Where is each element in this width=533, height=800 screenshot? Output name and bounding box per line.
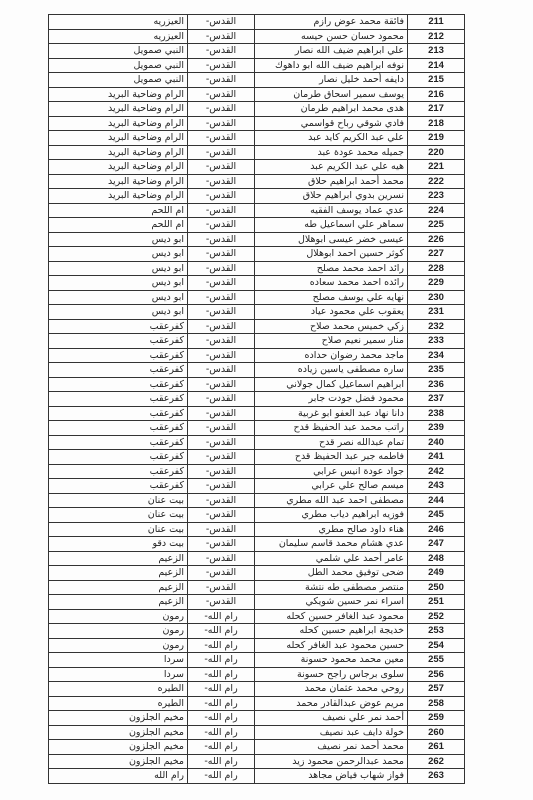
city-cell: القدس- bbox=[188, 160, 255, 175]
location-cell: ابو ديس bbox=[49, 276, 188, 291]
person-name: جواد عودة انيس عرابي bbox=[255, 464, 408, 479]
row-number: 216 bbox=[408, 87, 465, 102]
location-cell: الرام وضاحية البريد bbox=[49, 116, 188, 131]
location-cell: كفرعقب bbox=[49, 464, 188, 479]
city-cell: رام الله- bbox=[188, 696, 255, 711]
row-number: 228 bbox=[408, 261, 465, 276]
table-row: 246هناء داود صالح مطريالقدس-بيت عنان bbox=[49, 522, 465, 537]
city-cell: القدس- bbox=[188, 319, 255, 334]
city-cell: القدس- bbox=[188, 595, 255, 610]
person-name: فواز شهاب فياض مجاهد bbox=[255, 769, 408, 784]
location-cell: الرام وضاحية البريد bbox=[49, 131, 188, 146]
city-cell: القدس- bbox=[188, 102, 255, 117]
person-name: محمود حسان حسن حيسه bbox=[255, 29, 408, 44]
table-row: 224عدي عماد يوسف الفقيهالقدس-ام اللحم bbox=[49, 203, 465, 218]
row-number: 252 bbox=[408, 609, 465, 624]
location-cell: ابو ديس bbox=[49, 290, 188, 305]
table-row: 251اسراء نمر حسين شويكيالقدس-الزعيم bbox=[49, 595, 465, 610]
table-row: 249ضحى توفيق محمد الطلالقدس-الزعيم bbox=[49, 566, 465, 581]
person-name: حسين محمود عبد الغافر كحله bbox=[255, 638, 408, 653]
location-cell: ابو ديس bbox=[49, 247, 188, 262]
location-cell: الرام وضاحية البريد bbox=[49, 160, 188, 175]
city-cell: القدس- bbox=[188, 290, 255, 305]
row-number: 256 bbox=[408, 667, 465, 682]
location-cell: العيزريه bbox=[49, 15, 188, 30]
person-name: زكي خميس محمد صلاح bbox=[255, 319, 408, 334]
row-number: 217 bbox=[408, 102, 465, 117]
table-row: 252محمود عبد الغافر حسين كحلهرام الله-رم… bbox=[49, 609, 465, 624]
location-cell: رام الله bbox=[49, 769, 188, 784]
city-cell: القدس- bbox=[188, 131, 255, 146]
person-name: أحمد نمر علي نصيف bbox=[255, 711, 408, 726]
city-cell: القدس- bbox=[188, 450, 255, 465]
person-name: دانا نهاد عبد العفو ابو غربية bbox=[255, 406, 408, 421]
table-row: 217هدى محمد ابراهيم طرمانالقدس-الرام وضا… bbox=[49, 102, 465, 117]
table-row: 212محمود حسان حسن حيسهالقدس-العيزريه bbox=[49, 29, 465, 44]
city-cell: القدس- bbox=[188, 508, 255, 523]
row-number: 250 bbox=[408, 580, 465, 595]
row-number: 261 bbox=[408, 740, 465, 755]
location-cell: كفرعقب bbox=[49, 421, 188, 436]
person-name: نسرين بدوي ابراهيم حلاق bbox=[255, 189, 408, 204]
location-cell: بيت عنان bbox=[49, 522, 188, 537]
city-cell: القدس- bbox=[188, 247, 255, 262]
person-name: فوزيه ابراهيم دياب مطري bbox=[255, 508, 408, 523]
city-cell: رام الله- bbox=[188, 609, 255, 624]
person-name: مريم عوض عبدالقادر محمد bbox=[255, 696, 408, 711]
table-row: 248عامر أحمد علي شلميالقدس-الزعيم bbox=[49, 551, 465, 566]
location-cell: كفرعقب bbox=[49, 392, 188, 407]
row-number: 233 bbox=[408, 334, 465, 349]
location-cell: ابو ديس bbox=[49, 232, 188, 247]
row-number: 237 bbox=[408, 392, 465, 407]
table-row: 219علي عبد الكريم كايد عبدالقدس-الرام وض… bbox=[49, 131, 465, 146]
row-number: 232 bbox=[408, 319, 465, 334]
table-row: 213علي ابراهيم ضيف الله نصارالقدس-النبي … bbox=[49, 44, 465, 59]
location-cell: كفرعقب bbox=[49, 334, 188, 349]
person-name: علي ابراهيم ضيف الله نصار bbox=[255, 44, 408, 59]
location-cell: النبي صمويل bbox=[49, 44, 188, 59]
row-number: 226 bbox=[408, 232, 465, 247]
person-name: هدى محمد ابراهيم طرمان bbox=[255, 102, 408, 117]
person-name: محمد أحمد نمر نصيف bbox=[255, 740, 408, 755]
location-cell: ام اللحم bbox=[49, 203, 188, 218]
table-row: 231يعقوب علي محمود عيادالقدس-ابو ديس bbox=[49, 305, 465, 320]
location-cell: الزعيم bbox=[49, 566, 188, 581]
location-cell: العيزريه bbox=[49, 29, 188, 44]
table-row: 223نسرين بدوي ابراهيم حلاقالقدس-الرام وض… bbox=[49, 189, 465, 204]
table-row: 242جواد عودة انيس عرابيالقدس-كفرعقب bbox=[49, 464, 465, 479]
city-cell: القدس- bbox=[188, 537, 255, 552]
location-cell: مخيم الجلزون bbox=[49, 725, 188, 740]
person-name: سماهر علي اسماعيل طه bbox=[255, 218, 408, 233]
location-cell: مخيم الجلزون bbox=[49, 711, 188, 726]
location-cell: رمون bbox=[49, 609, 188, 624]
table-row: 216يوسف سمير اسحاق طرمانالقدس-الرام وضاح… bbox=[49, 87, 465, 102]
row-number: 238 bbox=[408, 406, 465, 421]
person-name: ابراهيم اسماعيل كمال جولاني bbox=[255, 377, 408, 392]
location-cell: الزعيم bbox=[49, 580, 188, 595]
row-number: 230 bbox=[408, 290, 465, 305]
table-row: 222محمد أحمد ابراهيم حلاقالقدس-الرام وضا… bbox=[49, 174, 465, 189]
person-name: راتب محمد عبد الحفيظ قدح bbox=[255, 421, 408, 436]
location-cell: مخيم الجلزون bbox=[49, 754, 188, 769]
location-cell: النبي صمويل bbox=[49, 73, 188, 88]
row-number: 258 bbox=[408, 696, 465, 711]
city-cell: القدس- bbox=[188, 116, 255, 131]
table-row: 233منار سمير نعيم صلاحالقدس-كفرعقب bbox=[49, 334, 465, 349]
city-cell: رام الله- bbox=[188, 725, 255, 740]
table-row: 214نوفه ابراهيم ضيف الله ابو داهوكالقدس-… bbox=[49, 58, 465, 73]
table-row: 221هيه علي عبد الكريم عبدالقدس-الرام وضا… bbox=[49, 160, 465, 175]
row-number: 211 bbox=[408, 15, 465, 30]
person-name: ضحى توفيق محمد الطل bbox=[255, 566, 408, 581]
table-row: 235ساره مصطفى ياسين زيادهالقدس-كفرعقب bbox=[49, 363, 465, 378]
city-cell: القدس- bbox=[188, 334, 255, 349]
row-number: 213 bbox=[408, 44, 465, 59]
person-name: فاطمه جبر عبد الحفيظ قدح bbox=[255, 450, 408, 465]
person-name: كوثر حسين احمد ابوهلال bbox=[255, 247, 408, 262]
row-number: 241 bbox=[408, 450, 465, 465]
city-cell: رام الله- bbox=[188, 638, 255, 653]
city-cell: القدس- bbox=[188, 58, 255, 73]
table-row: 227كوثر حسين احمد ابوهلالالقدس-ابو ديس bbox=[49, 247, 465, 262]
city-cell: القدس- bbox=[188, 406, 255, 421]
person-name: محمد أحمد ابراهيم حلاق bbox=[255, 174, 408, 189]
row-number: 212 bbox=[408, 29, 465, 44]
location-cell: كفرعقب bbox=[49, 450, 188, 465]
person-name: رائد احمد محمد مصلح bbox=[255, 261, 408, 276]
location-cell: الرام وضاحية البريد bbox=[49, 87, 188, 102]
row-number: 229 bbox=[408, 276, 465, 291]
table-row: 245فوزيه ابراهيم دياب مطريالقدس-بيت عنان bbox=[49, 508, 465, 523]
table-row: 229رائده احمد محمد سعادهالقدس-ابو ديس bbox=[49, 276, 465, 291]
location-cell: الزعيم bbox=[49, 551, 188, 566]
table-row: 238دانا نهاد عبد العفو ابو غربيةالقدس-كف… bbox=[49, 406, 465, 421]
city-cell: القدس- bbox=[188, 44, 255, 59]
row-number: 223 bbox=[408, 189, 465, 204]
person-name: دايفه أحمد خليل نصار bbox=[255, 73, 408, 88]
location-cell: الطيره bbox=[49, 696, 188, 711]
person-name: اسراء نمر حسين شويكي bbox=[255, 595, 408, 610]
city-cell: القدس- bbox=[188, 174, 255, 189]
table-row: 244مصطفى احمد عبد الله مطريالقدس-بيت عنا… bbox=[49, 493, 465, 508]
row-number: 244 bbox=[408, 493, 465, 508]
table-row: 232زكي خميس محمد صلاحالقدس-كفرعقب bbox=[49, 319, 465, 334]
table-row: 215دايفه أحمد خليل نصارالقدس-النبي صمويل bbox=[49, 73, 465, 88]
table-row: 260خولة دايف عبد نصيفرام الله-مخيم الجلز… bbox=[49, 725, 465, 740]
table-row: 230نهايه علي يوسف مصلحالقدس-ابو ديس bbox=[49, 290, 465, 305]
location-cell: الرام وضاحية البريد bbox=[49, 189, 188, 204]
table-row: 262محمد عبدالرحمن محمود زيدرام الله-مخيم… bbox=[49, 754, 465, 769]
city-cell: رام الله- bbox=[188, 711, 255, 726]
person-name: عدي عماد يوسف الفقيه bbox=[255, 203, 408, 218]
row-number: 227 bbox=[408, 247, 465, 262]
row-number: 259 bbox=[408, 711, 465, 726]
person-name: مصطفى احمد عبد الله مطري bbox=[255, 493, 408, 508]
person-name: هيه علي عبد الكريم عبد bbox=[255, 160, 408, 175]
location-cell: بيت دقو bbox=[49, 537, 188, 552]
table-row: 253خديجة ابراهيم حسين كحلهرام الله-رمون bbox=[49, 624, 465, 639]
row-number: 236 bbox=[408, 377, 465, 392]
city-cell: رام الله- bbox=[188, 769, 255, 784]
city-cell: رام الله- bbox=[188, 653, 255, 668]
location-cell: ابو ديس bbox=[49, 261, 188, 276]
city-cell: رام الله- bbox=[188, 682, 255, 697]
row-number: 262 bbox=[408, 754, 465, 769]
location-cell: سردا bbox=[49, 653, 188, 668]
city-cell: رام الله- bbox=[188, 740, 255, 755]
person-name: خولة دايف عبد نصيف bbox=[255, 725, 408, 740]
location-cell: كفرعقب bbox=[49, 377, 188, 392]
table-row: 247عدي هشام محمد قاسم سليمانالقدس-بيت دق… bbox=[49, 537, 465, 552]
city-cell: القدس- bbox=[188, 464, 255, 479]
person-name: رائده احمد محمد سعاده bbox=[255, 276, 408, 291]
table-row: 240تمام عبدالله نصر قدحالقدس-كفرعقب bbox=[49, 435, 465, 450]
row-number: 219 bbox=[408, 131, 465, 146]
person-name: محمود فضل جودت جابر bbox=[255, 392, 408, 407]
person-name: سلوى برجاس راجح حسونة bbox=[255, 667, 408, 682]
location-cell: ابو ديس bbox=[49, 305, 188, 320]
row-number: 243 bbox=[408, 479, 465, 494]
location-cell: كفرعقب bbox=[49, 479, 188, 494]
row-number: 239 bbox=[408, 421, 465, 436]
city-cell: القدس- bbox=[188, 435, 255, 450]
table-row: 261محمد أحمد نمر نصيفرام الله-مخيم الجلز… bbox=[49, 740, 465, 755]
city-cell: رام الله- bbox=[188, 624, 255, 639]
table-row: 236ابراهيم اسماعيل كمال جولانيالقدس-كفرع… bbox=[49, 377, 465, 392]
row-number: 247 bbox=[408, 537, 465, 552]
city-cell: القدس- bbox=[188, 392, 255, 407]
person-name: خديجة ابراهيم حسين كحله bbox=[255, 624, 408, 639]
city-cell: القدس- bbox=[188, 551, 255, 566]
row-number: 253 bbox=[408, 624, 465, 639]
person-name: عدي هشام محمد قاسم سليمان bbox=[255, 537, 408, 552]
city-cell: القدس- bbox=[188, 522, 255, 537]
location-cell: الرام وضاحية البريد bbox=[49, 102, 188, 117]
table-row: 234ماجد محمد رضوان حدادهالقدس-كفرعقب bbox=[49, 348, 465, 363]
city-cell: القدس- bbox=[188, 232, 255, 247]
person-name: علي عبد الكريم كايد عبد bbox=[255, 131, 408, 146]
location-cell: كفرعقب bbox=[49, 406, 188, 421]
table-row: 257روحي محمد عثمان محمدرام الله-الطيره bbox=[49, 682, 465, 697]
city-cell: رام الله- bbox=[188, 754, 255, 769]
city-cell: القدس- bbox=[188, 348, 255, 363]
person-name: عيسى خضر عيسى ابوهلال bbox=[255, 232, 408, 247]
location-cell: بيت عنان bbox=[49, 493, 188, 508]
city-cell: القدس- bbox=[188, 580, 255, 595]
row-number: 221 bbox=[408, 160, 465, 175]
table-row: 243ميسم صالح علي عرابيالقدس-كفرعقب bbox=[49, 479, 465, 494]
person-name: جميله محمد عودة عبد bbox=[255, 145, 408, 160]
city-cell: القدس- bbox=[188, 421, 255, 436]
row-number: 263 bbox=[408, 769, 465, 784]
person-name: هناء داود صالح مطري bbox=[255, 522, 408, 537]
row-number: 224 bbox=[408, 203, 465, 218]
row-number: 234 bbox=[408, 348, 465, 363]
location-cell: الزعيم bbox=[49, 595, 188, 610]
person-name: معين محمد محمود حسونة bbox=[255, 653, 408, 668]
row-number: 242 bbox=[408, 464, 465, 479]
row-number: 214 bbox=[408, 58, 465, 73]
row-number: 254 bbox=[408, 638, 465, 653]
row-number: 255 bbox=[408, 653, 465, 668]
location-cell: كفرعقب bbox=[49, 319, 188, 334]
location-cell: كفرعقب bbox=[49, 348, 188, 363]
table-row: 220جميله محمد عودة عبدالقدس-الرام وضاحية… bbox=[49, 145, 465, 160]
city-cell: القدس- bbox=[188, 189, 255, 204]
table-row: 263فواز شهاب فياض مجاهدرام الله-رام الله bbox=[49, 769, 465, 784]
person-name: نوفه ابراهيم ضيف الله ابو داهوك bbox=[255, 58, 408, 73]
table-row: 241فاطمه جبر عبد الحفيظ قدحالقدس-كفرعقب bbox=[49, 450, 465, 465]
location-cell: الطيره bbox=[49, 682, 188, 697]
person-name: محمود عبد الغافر حسين كحله bbox=[255, 609, 408, 624]
city-cell: القدس- bbox=[188, 305, 255, 320]
person-name: فادي شوقي رباح قواسمي bbox=[255, 116, 408, 131]
row-number: 249 bbox=[408, 566, 465, 581]
person-name: عامر أحمد علي شلمي bbox=[255, 551, 408, 566]
table-row: 237محمود فضل جودت جابرالقدس-كفرعقب bbox=[49, 392, 465, 407]
table-row: 225سماهر علي اسماعيل طهالقدس-ام اللحم bbox=[49, 218, 465, 233]
location-cell: الرام وضاحية البريد bbox=[49, 145, 188, 160]
location-cell: النبي صمويل bbox=[49, 58, 188, 73]
row-number: 235 bbox=[408, 363, 465, 378]
row-number: 245 bbox=[408, 508, 465, 523]
table-row: 250منتصر مصطفى طه نتشةالقدس-الزعيم bbox=[49, 580, 465, 595]
city-cell: القدس- bbox=[188, 276, 255, 291]
row-number: 218 bbox=[408, 116, 465, 131]
city-cell: رام الله- bbox=[188, 667, 255, 682]
row-number: 260 bbox=[408, 725, 465, 740]
person-name: محمد عبدالرحمن محمود زيد bbox=[255, 754, 408, 769]
row-number: 215 bbox=[408, 73, 465, 88]
location-cell: كفرعقب bbox=[49, 435, 188, 450]
city-cell: القدس- bbox=[188, 29, 255, 44]
person-name: يوسف سمير اسحاق طرمان bbox=[255, 87, 408, 102]
city-cell: القدس- bbox=[188, 87, 255, 102]
table-row: 226عيسى خضر عيسى ابوهلالالقدس-ابو ديس bbox=[49, 232, 465, 247]
person-name: روحي محمد عثمان محمد bbox=[255, 682, 408, 697]
city-cell: القدس- bbox=[188, 377, 255, 392]
location-cell: رمون bbox=[49, 624, 188, 639]
person-name: ماجد محمد رضوان حداده bbox=[255, 348, 408, 363]
row-number: 225 bbox=[408, 218, 465, 233]
table-row: 256سلوى برجاس راجح حسونةرام الله-سردا bbox=[49, 667, 465, 682]
city-cell: القدس- bbox=[188, 363, 255, 378]
table-row: 239راتب محمد عبد الحفيظ قدحالقدس-كفرعقب bbox=[49, 421, 465, 436]
person-name: منتصر مصطفى طه نتشة bbox=[255, 580, 408, 595]
city-cell: القدس- bbox=[188, 566, 255, 581]
table-row: 218فادي شوقي رباح قواسميالقدس-الرام وضاح… bbox=[49, 116, 465, 131]
person-name: تمام عبدالله نصر قدح bbox=[255, 435, 408, 450]
row-number: 220 bbox=[408, 145, 465, 160]
table-row: 228رائد احمد محمد مصلحالقدس-ابو ديس bbox=[49, 261, 465, 276]
location-cell: كفرعقب bbox=[49, 363, 188, 378]
row-number: 251 bbox=[408, 595, 465, 610]
location-cell: مخيم الجلزون bbox=[49, 740, 188, 755]
table-row: 211فائقة محمد عوض رازمالقدس-العيزريه bbox=[49, 15, 465, 30]
row-number: 231 bbox=[408, 305, 465, 320]
person-name: نهايه علي يوسف مصلح bbox=[255, 290, 408, 305]
table-row: 258مريم عوض عبدالقادر محمدرام الله-الطير… bbox=[49, 696, 465, 711]
row-number: 248 bbox=[408, 551, 465, 566]
table-row: 255معين محمد محمود حسونةرام الله-سردا bbox=[49, 653, 465, 668]
city-cell: القدس- bbox=[188, 218, 255, 233]
city-cell: القدس- bbox=[188, 73, 255, 88]
person-name: يعقوب علي محمود عياد bbox=[255, 305, 408, 320]
location-cell: رمون bbox=[49, 638, 188, 653]
location-cell: الرام وضاحية البريد bbox=[49, 174, 188, 189]
city-cell: القدس- bbox=[188, 15, 255, 30]
location-cell: بيت عنان bbox=[49, 508, 188, 523]
table-row: 254حسين محمود عبد الغافر كحلهرام الله-رم… bbox=[49, 638, 465, 653]
table-body: 211فائقة محمد عوض رازمالقدس-العيزريه212م… bbox=[49, 15, 465, 784]
person-name: فائقة محمد عوض رازم bbox=[255, 15, 408, 30]
city-cell: القدس- bbox=[188, 145, 255, 160]
city-cell: القدس- bbox=[188, 261, 255, 276]
city-cell: القدس- bbox=[188, 203, 255, 218]
row-number: 222 bbox=[408, 174, 465, 189]
city-cell: القدس- bbox=[188, 493, 255, 508]
location-cell: ام اللحم bbox=[49, 218, 188, 233]
person-name: ساره مصطفى ياسين زياده bbox=[255, 363, 408, 378]
row-number: 257 bbox=[408, 682, 465, 697]
row-number: 246 bbox=[408, 522, 465, 537]
person-name: ميسم صالح علي عرابي bbox=[255, 479, 408, 494]
document-page: 211فائقة محمد عوض رازمالقدس-العيزريه212م… bbox=[0, 0, 533, 800]
person-name: منار سمير نعيم صلاح bbox=[255, 334, 408, 349]
city-cell: القدس- bbox=[188, 479, 255, 494]
names-table: 211فائقة محمد عوض رازمالقدس-العيزريه212م… bbox=[48, 14, 465, 784]
row-number: 240 bbox=[408, 435, 465, 450]
location-cell: سردا bbox=[49, 667, 188, 682]
table-row: 259أحمد نمر علي نصيفرام الله-مخيم الجلزو… bbox=[49, 711, 465, 726]
